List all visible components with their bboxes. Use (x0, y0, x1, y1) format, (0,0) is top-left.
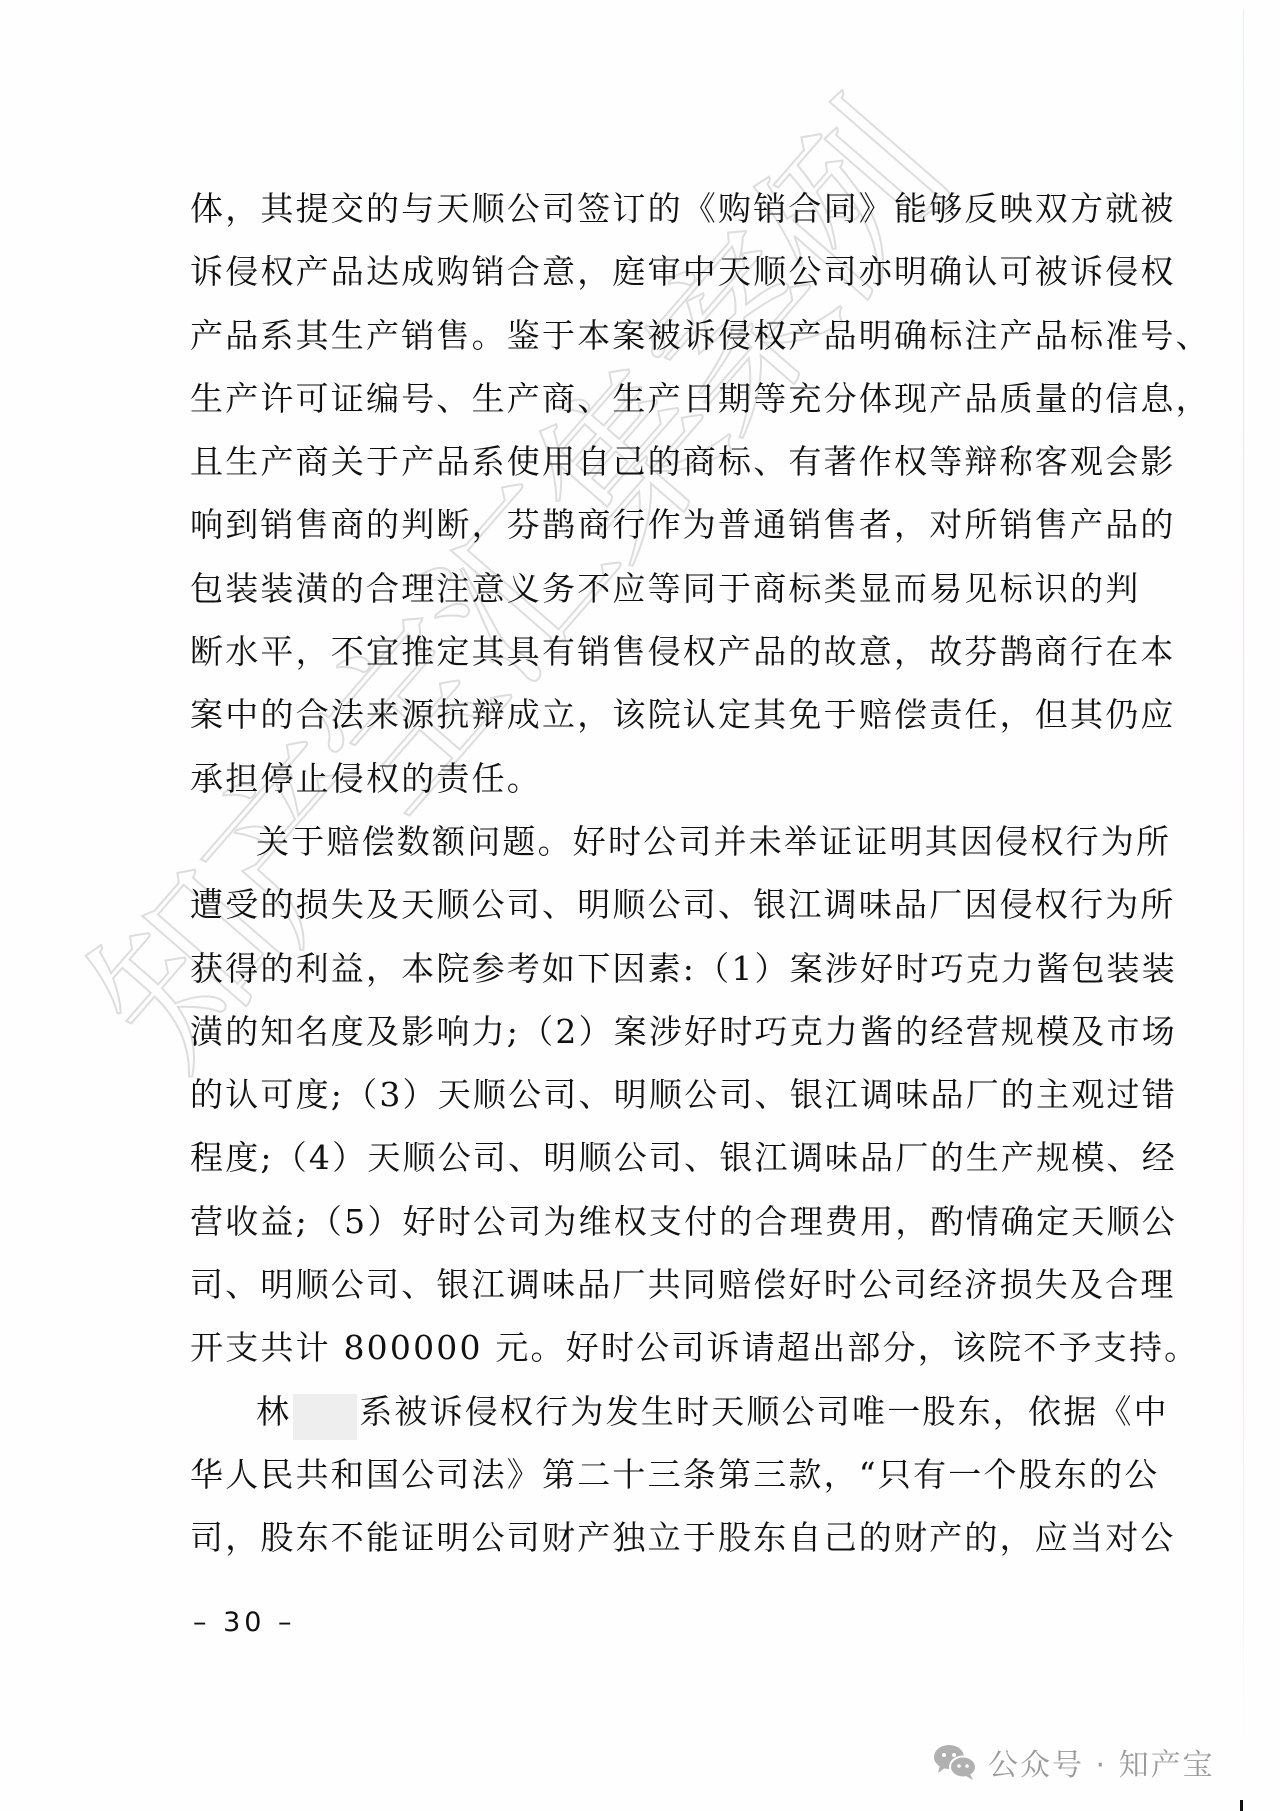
account-label: 公众号 · 知产宝 (988, 1740, 1215, 1784)
text-line: 司，股东不能证明公司财产独立于股东自己的财产的，应当对公 (190, 1515, 1115, 1578)
text-line: 响到销售商的判断，芬鹊商行作为普通销售者，对所销售产品的 (190, 502, 1115, 565)
text-line: 营收益;（5）好时公司为维权支付的合理费用，酌情确定天顺公 (190, 1199, 1115, 1262)
text-line: 诉侵权产品达成购销合意，庭审中天顺公司亦明确认可被诉侵权 (190, 249, 1115, 312)
page-number: – 30 – (193, 1607, 296, 1638)
footer-account-badge[interactable]: 公众号 · 知产宝 (932, 1740, 1215, 1784)
document-page: 知产宝汇集案例 体，其提交的与天顺公司签订的《购销合同》能够反映双方就被诉侵权产… (0, 0, 1280, 1811)
text-line: 生产许可证编号、生产商、生产日期等充分体现产品质量的信息， (190, 376, 1115, 439)
text-line: 承担停止侵权的责任。 (190, 756, 1115, 819)
surname-text: 林 (256, 1392, 291, 1431)
text-line: 产品系其生产销售。鉴于本案被诉侵权产品明确标注产品标准号、 (190, 313, 1115, 376)
text-line: 获得的利益，本院参考如下因素:（1）案涉好时巧克力酱包装装 (190, 946, 1115, 1009)
redacted-line-rest: 系被诉侵权行为发生时天顺公司唯一股东，依据《中 (359, 1392, 1169, 1431)
paragraph-lines: 体，其提交的与天顺公司签订的《购销合同》能够反映双方就被诉侵权产品达成购销合意，… (190, 186, 1115, 1389)
closing-lines: 华人民共和国公司法》第二十三条第三款，“只有一个股东的公司，股东不能证明公司财产… (190, 1452, 1115, 1579)
text-line: 体，其提交的与天顺公司签订的《购销合同》能够反映双方就被 (190, 186, 1115, 249)
text-line: 华人民共和国公司法》第二十三条第三款，“只有一个股东的公 (190, 1452, 1115, 1515)
scan-corner-mark (1240, 1800, 1243, 1811)
text-line: 案中的合法来源抗辩成立，该院认定其免于赔偿责任，但其仍应 (190, 692, 1115, 755)
text-line: 的认可度;（3）天顺公司、明顺公司、银江调味品厂的主观过错 (190, 1072, 1115, 1135)
wechat-icon (932, 1743, 978, 1781)
text-line: 断水平，不宜推定其具有销售侵权产品的故意，故芬鹊商行在本 (190, 629, 1115, 692)
text-line: 包装装潢的合理注意义务不应等同于商标类显而易见标识的判 (190, 566, 1115, 629)
text-line: 开支共计 800000 元。好时公司诉请超出部分，该院不予支持。 (190, 1325, 1115, 1388)
text-line: 程度;（4）天顺公司、明顺公司、银江调味品厂的生产规模、经 (190, 1135, 1115, 1198)
text-line: 潢的知名度及影响力;（2）案涉好时巧克力酱的经营规模及市场 (190, 1009, 1115, 1072)
text-line: 遭受的损失及天顺公司、明顺公司、银江调味品厂因侵权行为所 (190, 882, 1115, 945)
redacted-paragraph-line: 林系被诉侵权行为发生时天顺公司唯一股东，依据《中 (190, 1389, 1115, 1452)
text-line: 关于赔偿数额问题。好时公司并未举证证明其因侵权行为所 (190, 819, 1115, 882)
redaction-box (293, 1394, 357, 1440)
text-line: 司、明顺公司、银江调味品厂共同赔偿好时公司经济损失及合理 (190, 1262, 1115, 1325)
scan-edge-line (1243, 10, 1244, 1790)
document-body: 体，其提交的与天顺公司签订的《购销合同》能够反映双方就被诉侵权产品达成购销合意，… (190, 186, 1115, 1579)
text-line: 且生产商关于产品系使用自己的商标、有著作权等辩称客观会影 (190, 439, 1115, 502)
